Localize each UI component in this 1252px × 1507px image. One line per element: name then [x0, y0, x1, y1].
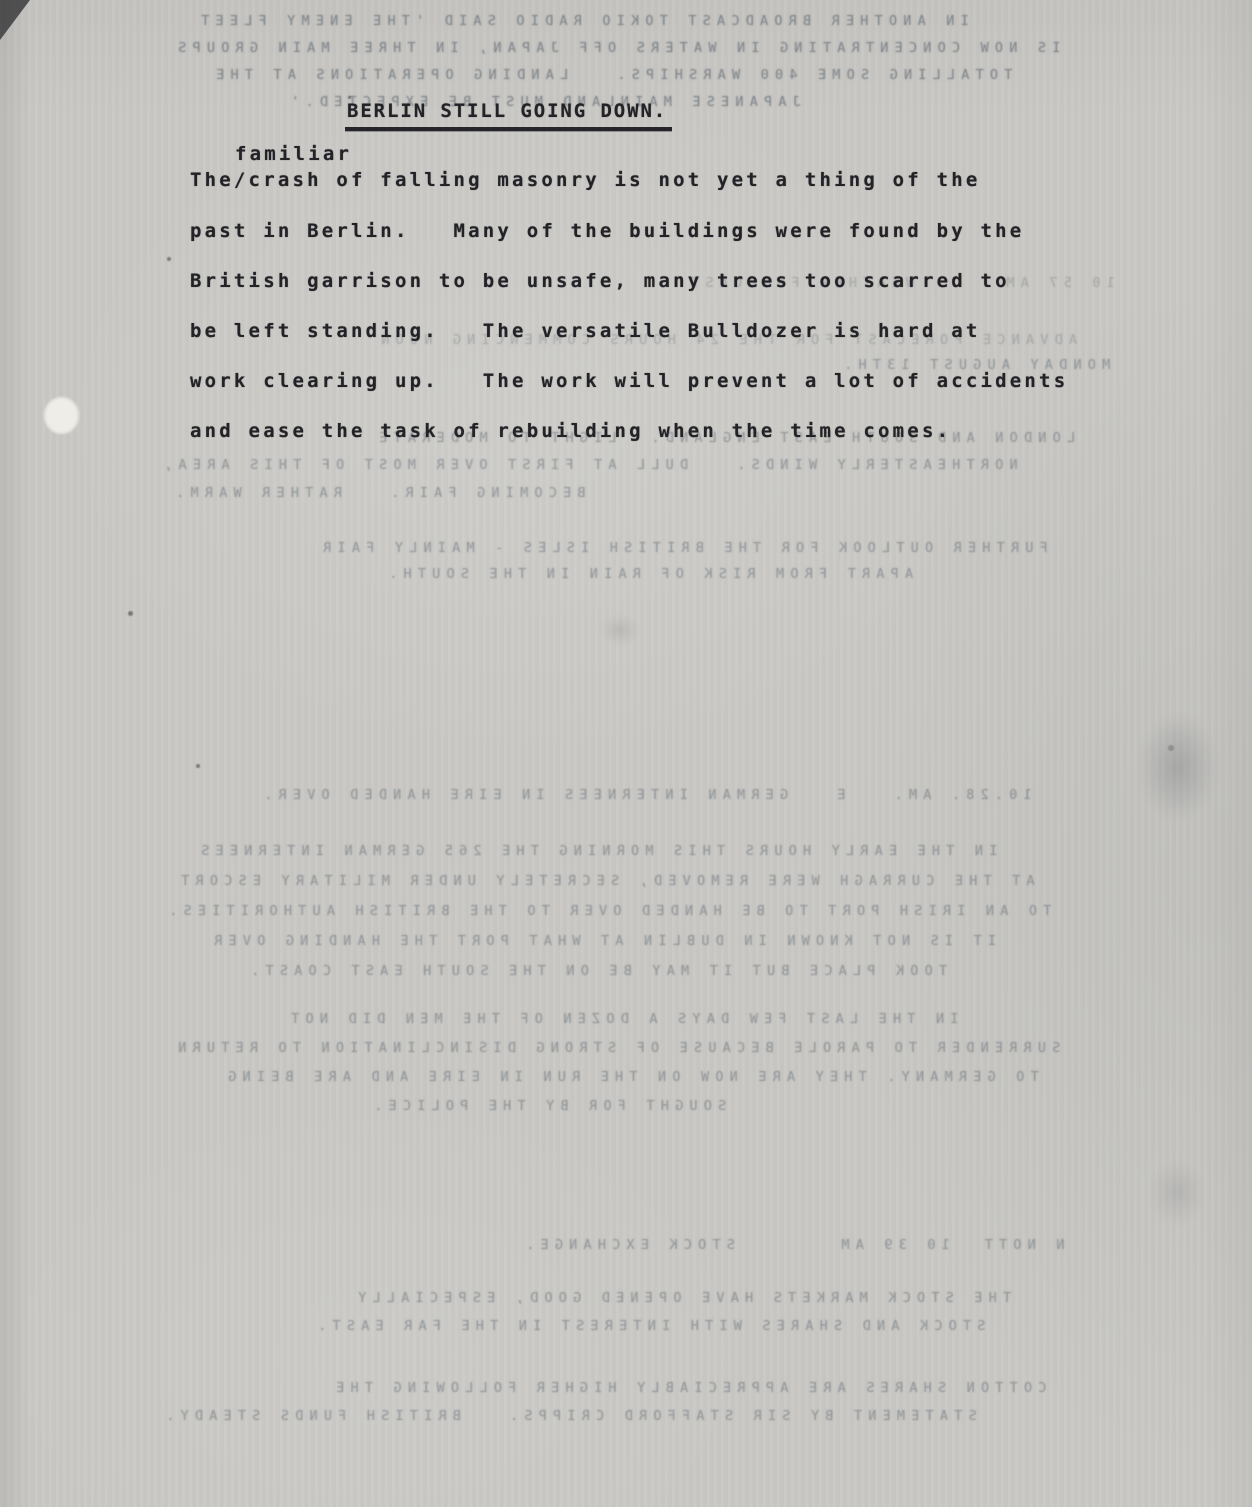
bleed-line: TO AN IRISH PORT TO BE HANDED OVER TO TH…: [163, 902, 1051, 920]
bleed-line: TO GERMANY. THEY ARE NOW ON THE RUN IN E…: [222, 1068, 1039, 1086]
bleed-line: AT THE CURRAGH WERE REMOVED, SECRETELY U…: [175, 872, 1035, 890]
typed-line: past in Berlin. Many of the buildings we…: [190, 219, 1024, 243]
ink-speck: [196, 764, 200, 768]
ink-speck: [128, 611, 133, 616]
bleed-line: BECOMING FAIR. RATHER WARM.: [170, 484, 586, 502]
scanned-document-page: IN ANOTHER BROADCAST TOKIO RADIO SAID 'T…: [0, 0, 1252, 1507]
bleed-line: STOCK AND SHARES WITH INTEREST IN THE FA…: [312, 1317, 985, 1335]
bleed-line: APART FROM RISK OF RAIN IN THE SOUTH.: [383, 565, 913, 583]
bleed-line: IN THE LAST FEW DAYS A DOZEN OF THE MEN …: [285, 1010, 958, 1028]
document-title: BERLIN STILL GOING DOWN.: [345, 99, 672, 131]
bleed-line: 10.28. AM. E GERMAN INTERNEES IN EIRE HA…: [258, 786, 1032, 804]
ink-speck: [167, 257, 171, 261]
bleed-line: SOUGHT FOR BY THE POLICE.: [368, 1097, 726, 1115]
bleed-line: NORTHEASTERLY WINDS. DULL AT FIRST OVER …: [158, 456, 1018, 474]
typed-line: be left standing. The versatile Bulldoze…: [190, 319, 981, 343]
bleed-line: SURRENDER TO PAROLE BECAUSE OF STRONG DI…: [172, 1039, 1060, 1057]
bleed-line: TOTALLING SOME 400 WARSHIPS. LANDING OPE…: [210, 66, 1012, 84]
bleed-line: IS NOW CONCENTRATING IN WATERS OFF JAPAN…: [172, 39, 1060, 57]
scan-corner-artifact: [0, 0, 30, 40]
bleed-line: COTTON SHARES ARE APPRECIABLY HIGHER FOL…: [330, 1379, 1046, 1397]
typed-line: and ease the task of rebuilding when the…: [190, 419, 951, 443]
typed-line: work clearing up. The work will prevent …: [190, 369, 1068, 393]
typed-line: The/crash of falling masonry is not yet …: [190, 168, 981, 192]
smudge-artifact: [1150, 1160, 1205, 1225]
bleed-line: THE STOCK MARKETS HAVE OPENED GOOD, ESPE…: [352, 1289, 1011, 1307]
bleed-line: FURTHER OUTLOOK FOR THE BRITISH ISLES - …: [317, 539, 1048, 557]
hole-punch: [44, 397, 79, 434]
bleed-line: N NOTT 10 39 AM STOCK EXCHANGE.: [520, 1236, 1064, 1254]
bleed-line: IN THE EARLY HOURS THIS MORNING THE 265 …: [195, 842, 997, 860]
ink-speck: [1168, 745, 1174, 751]
typed-insertion-word: familiar: [235, 142, 352, 166]
smudge-artifact: [1138, 712, 1218, 822]
bleed-line: IT IS NOT KNOWN IN DUBLIN AT WHAT PORT T…: [208, 932, 996, 950]
bleed-line: TOOK PLACE BUT IT MAY BE ON THE SOUTH EA…: [245, 962, 947, 980]
typed-line: British garrison to be unsafe, many tree…: [190, 269, 1010, 293]
bleed-line: STATEMENT BY SIR STAFFORD CRIPPS. BRITIS…: [160, 1407, 977, 1425]
smudge-artifact: [600, 615, 640, 645]
bleed-line: IN ANOTHER BROADCAST TOKIO RADIO SAID 'T…: [195, 12, 969, 30]
